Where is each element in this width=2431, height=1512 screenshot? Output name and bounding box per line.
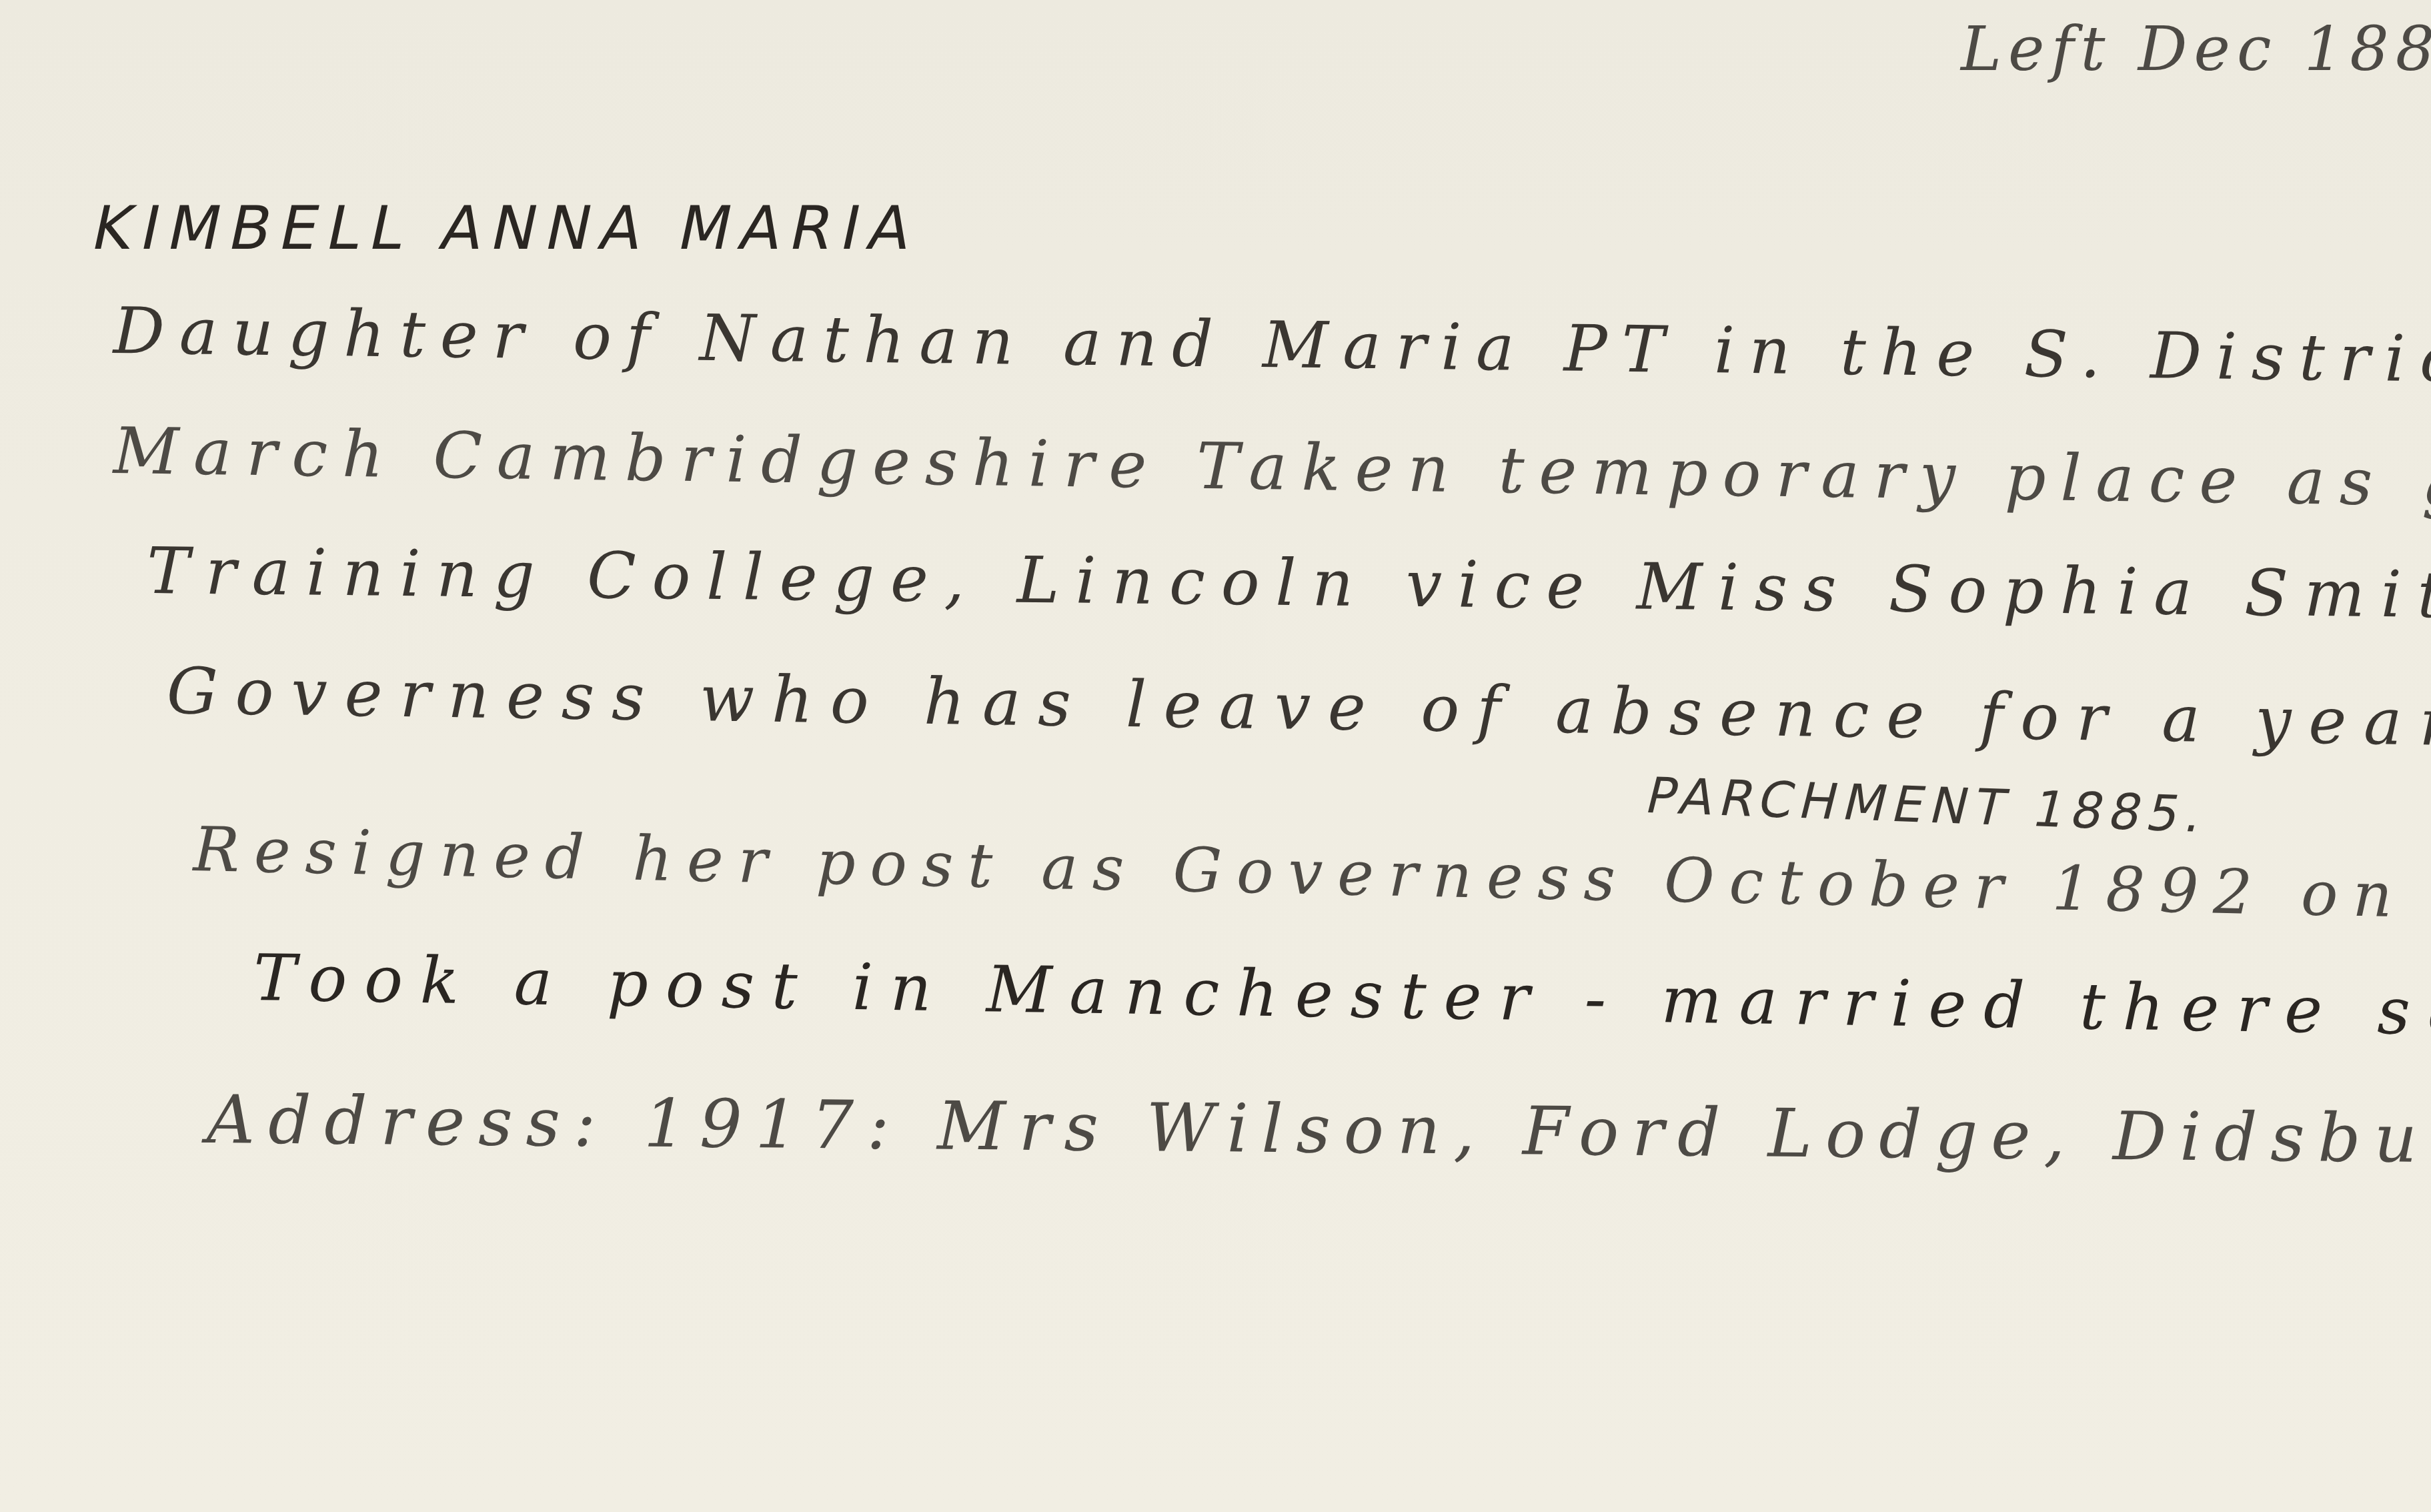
entry-line-temporary-place: March Cambridgeshire Taken temporary pla… [113,414,2431,529]
name-header: KIMBELL ANNA MARIA [86,193,927,263]
parchment-note: PARCHMENT 1885. [1640,767,2216,844]
left-date-note: Left Dec 1883 [1961,13,2431,85]
entry-line-parentage: Daughter of Nathan and Maria PT in the S… [113,293,2431,404]
entry-line-leave-of-absence: Governess who has leave of absence for a… [166,654,2431,760]
entry-line-address: Address: 1917: Mrs Wilson, Ford Lodge, D… [206,1080,2431,1185]
entry-line-manchester-post: Took a post in Manchester - married ther… [253,940,2431,1062]
entry-line-training-college: Training College, Lincoln vice Miss Soph… [146,534,2431,636]
register-page: Left Dec 1883 KIMBELL ANNA MARIA Daughte… [0,0,2431,1512]
